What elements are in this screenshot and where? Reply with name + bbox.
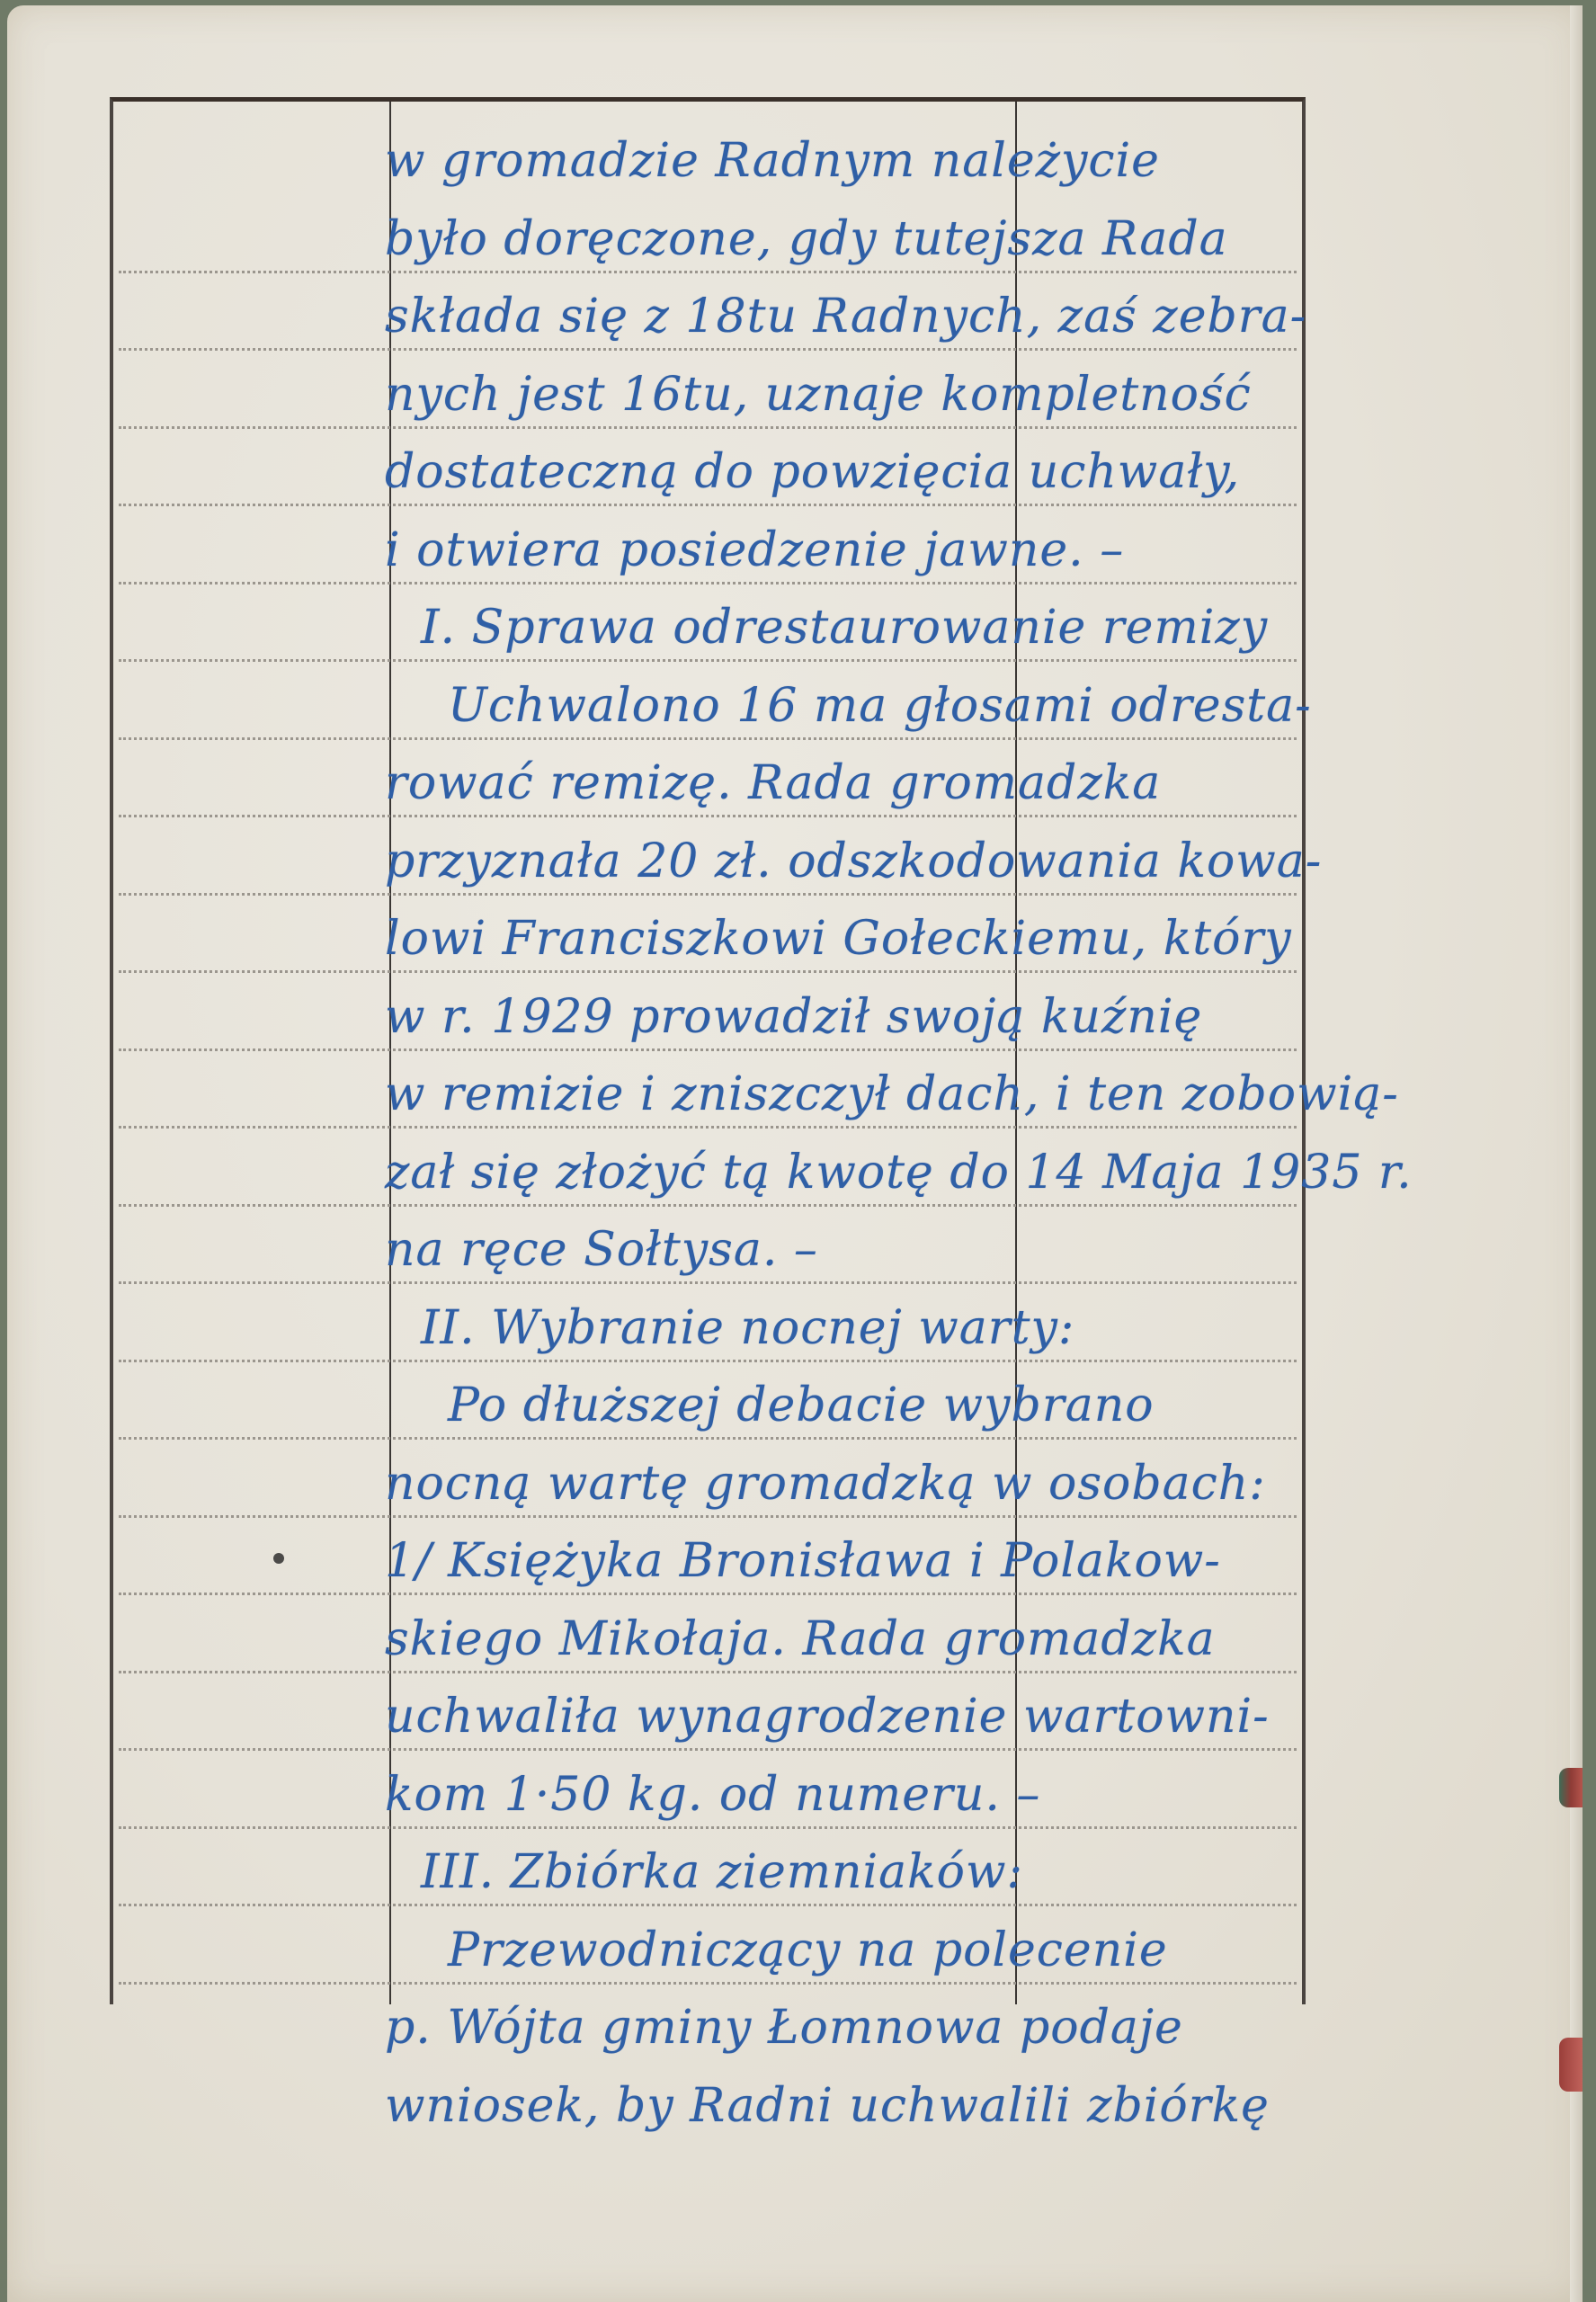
text-line: wniosek, by Radni uchwalili zbiórkę [385, 2067, 1338, 2146]
ink-spot [273, 1553, 284, 1564]
text-line: Uchwalono 16 ma głosami odresta- [385, 667, 1338, 745]
ledger-page: w gromadzie Radnym należycie było doręcz… [7, 5, 1583, 2302]
text-line: przyznała 20 zł. odszkodowania kowa- [385, 823, 1338, 901]
text-line: na ręce Sołtysa. – [385, 1211, 1338, 1289]
section-heading-3: III. Zbiórka ziemniaków: [385, 1834, 1338, 1912]
text-line: Po dłuższej debacie wybrano [385, 1367, 1338, 1445]
page-edge [1570, 5, 1583, 2302]
text-line: nych jest 16tu, uznaje kompletność [385, 356, 1338, 434]
text-line: dostateczną do powzięcia uchwały, [385, 433, 1338, 512]
text-line: 1/ Księżyka Bronisława i Polakow- [385, 1522, 1338, 1601]
text-line: Przewodniczący na polecenie [385, 1912, 1338, 1990]
section-heading-1: I. Sprawa odrestaurowanie remizy [385, 589, 1338, 667]
text-line: i otwiera posiedzenie jawne. – [385, 512, 1338, 590]
text-line: w remizie i zniszczył dach, i ten zobowi… [385, 1056, 1338, 1134]
binding-thread [1559, 2038, 1583, 2092]
text-line: kom 1·50 kg. od numeru. – [385, 1756, 1338, 1834]
text-line: lowi Franciszkowi Gołeckiemu, który [385, 900, 1338, 978]
text-line: w r. 1929 prowadził swoją kuźnię [385, 978, 1338, 1057]
text-line: skiego Mikołaja. Rada gromadzka [385, 1601, 1338, 1679]
text-line: zał się złożyć tą kwotę do 14 Maja 1935 … [385, 1134, 1338, 1212]
section-heading-2: II. Wybranie nocnej warty: [385, 1289, 1338, 1368]
handwritten-text: w gromadzie Radnym należycie było doręcz… [385, 122, 1338, 2145]
text-line: uchwaliła wynagrodzenie wartowni- [385, 1678, 1338, 1756]
binding-thread [1559, 1768, 1583, 1807]
text-line: nocną wartę gromadzką w osobach: [385, 1445, 1338, 1523]
text-line: p. Wójta gminy Łomnowa podaje [385, 1989, 1338, 2067]
text-line: składa się z 18tu Radnych, zaś zebra- [385, 278, 1338, 356]
text-line: było doręczone, gdy tutejsza Rada [385, 201, 1338, 279]
text-line: w gromadzie Radnym należycie [385, 122, 1338, 201]
text-line: rować remizę. Rada gromadzka [385, 745, 1338, 823]
